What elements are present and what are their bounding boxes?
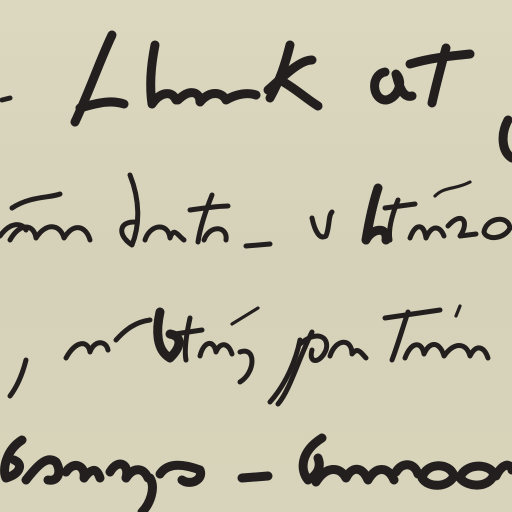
line-1-ink	[2, 35, 512, 158]
manuscript-page: - fusca et ...undato - obtuso , subtus p…	[0, 0, 512, 512]
line-4-ink	[5, 438, 512, 512]
line-2-ink	[0, 175, 510, 246]
handwriting-ink	[0, 0, 512, 512]
line-3-ink	[10, 306, 488, 404]
